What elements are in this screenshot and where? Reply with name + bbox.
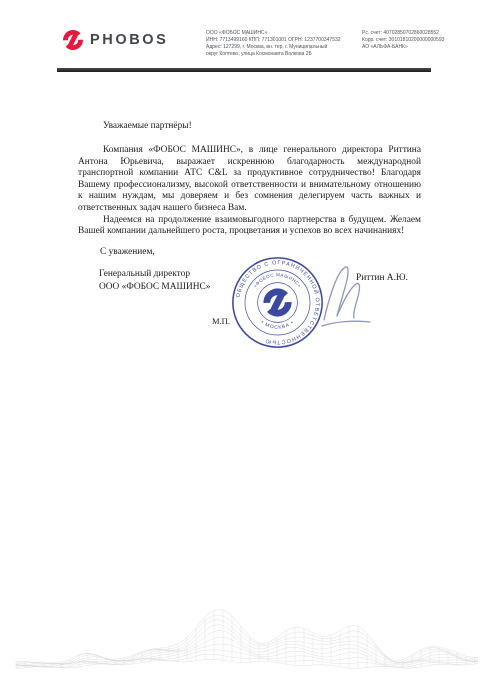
salutation: Уважаемые партнёры! [78, 121, 421, 131]
header-company-details: ООО «ФОБОС МАШИНС» ИНН: 7713499160 КПП: … [206, 30, 362, 58]
footer-terrain-svg [0, 570, 488, 690]
seal-company-text: «ФОБОС МАШИНС» [252, 272, 302, 288]
paragraph-gratitude: Компания «ФОБОС МАШИНС», в лице генераль… [78, 145, 421, 215]
letter-page: PHOBOS ООО «ФОБОС МАШИНС» ИНН: 771349916… [0, 0, 488, 690]
letter-body: Компания «ФОБОС МАШИНС», в лице генераль… [78, 145, 421, 238]
handwritten-signature [318, 262, 374, 332]
stamp-place-note: М.П. [212, 316, 230, 326]
seal-city-text: • МОСКВА • [260, 320, 296, 331]
company-seal: ОБЩЕСТВО С ОГРАНИЧЕННОЙ ОТВЕТСТВЕННОСТЬЮ… [229, 254, 326, 351]
svg-text:• МОСКВА •: • МОСКВА • [260, 320, 296, 331]
bank-account: Рс. счет: 40702850702860028552 [362, 30, 472, 37]
seal-emblem [264, 289, 291, 316]
bank-corr-account: Корр. счет: 30101810200000000593 [362, 37, 472, 44]
phobos-logo-icon [62, 29, 84, 51]
company-address-line1: Адрес: 127299, г. Москва, вн. тер. г. Му… [206, 44, 362, 51]
paragraph-wishes: Надеемся на продолжение взаимовыгодного … [78, 215, 421, 238]
brand-wordmark: PHOBOS [90, 32, 168, 48]
signatory-title: Генеральный директор [99, 268, 210, 281]
company-logo: PHOBOS [62, 29, 168, 51]
company-registration: ИНН: 7713499160 КПП: 771301001 ОГРН: 123… [206, 37, 362, 44]
bank-name: АО «АЛЬФА-БАНК» [362, 44, 472, 51]
closing-line: С уважением, [78, 247, 155, 257]
signature-block: Генеральный директор ООО «ФОБОС МАШИНС» [99, 268, 210, 294]
signatory-company: ООО «ФОБОС МАШИНС» [99, 281, 210, 294]
header-divider [57, 68, 431, 72]
company-name: ООО «ФОБОС МАШИНС» [206, 30, 362, 37]
company-address-line2: округ Коптево, улица Космонавта Волкова … [206, 51, 362, 58]
header-bank-details: Рс. счет: 40702850702860028552 Корр. сче… [362, 30, 472, 51]
svg-text:«ФОБОС МАШИНС»: «ФОБОС МАШИНС» [252, 272, 302, 288]
